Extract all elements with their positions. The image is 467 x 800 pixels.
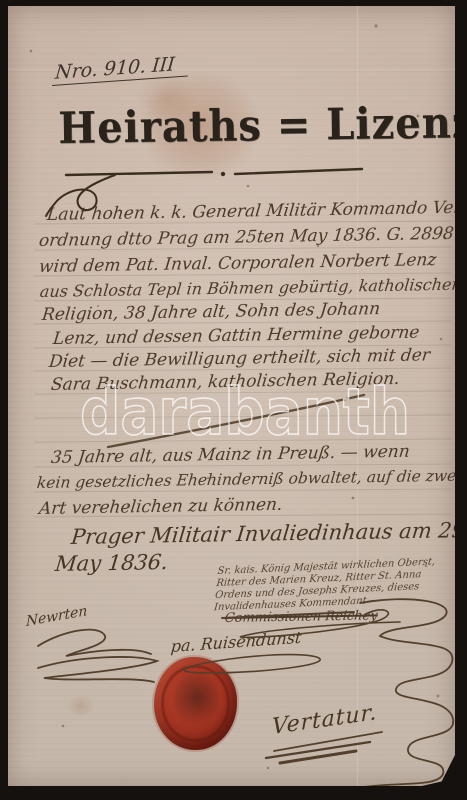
photo-frame: Nro. 910. III Heiraths = Lizenz. Laut ho…: [0, 0, 467, 800]
darabanth-watermark: darabanth: [80, 376, 410, 450]
document-paper: Nro. 910. III Heiraths = Lizenz. Laut ho…: [8, 6, 455, 786]
watermark-layer: darabanth: [8, 6, 455, 786]
